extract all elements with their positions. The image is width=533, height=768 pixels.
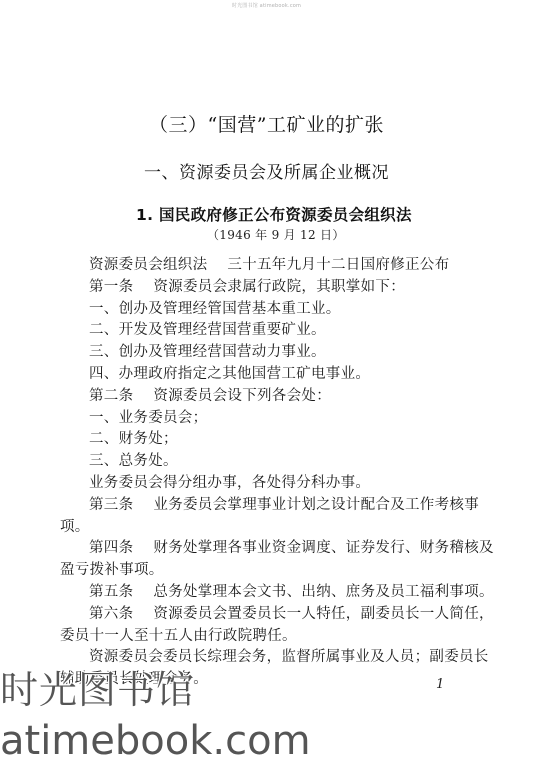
line-text: 三、总务处。 [89,453,178,469]
line-text: 二、财务处； [89,431,178,447]
body-line: 一、创办及管理经管国营基本重工业。 [60,299,470,321]
body-text: 资源委员会组织法三十五年九月十二日国府修正公布 第一条资源委员会隶属行政院，其职… [60,255,470,691]
body-line: 三、总务处。 [60,451,470,473]
document-heading: 1. 国民政府修正公布资源委员会组织法 [136,203,412,225]
line-text: 总务处掌理本会文书、出纳、庶务及员工福利事项。 [153,584,493,600]
body-line: 第二条资源委员会设下列各会处： [60,386,470,408]
document-date: （1946 年 9 月 12 日） [207,226,345,243]
line-text: 资源委员会委员长综理会务，监督所属事业及人员；副委员长 [89,649,489,665]
line-label: 资源委员会组织法 [89,257,207,273]
line-text: 盈亏拨补事项。 [60,562,164,578]
body-line: 第六条资源委员会置委员长一人特任，副委员长一人简任， [60,604,470,626]
body-line: 四、办理政府指定之其他国营工矿电事业。 [60,364,470,386]
article-label: 第四条 [89,540,133,556]
page-title: （三）“国营”工矿业的扩张 [0,110,533,137]
line-text: 资源委员会隶属行政院，其职掌如下： [153,279,405,295]
article-label: 第三条 [89,497,133,513]
article-label: 第一条 [89,279,133,295]
line-text: 四、办理政府指定之其他国营工矿电事业。 [89,366,370,382]
watermark-url: atimebook.com [0,716,311,766]
body-line: 业务委员会得分组办事，各处得分科办事。 [60,473,470,495]
line-text: 资源委员会设下列各会处： [153,388,331,404]
body-line: 三、创办及管理经营国营动力事业。 [60,342,470,364]
line-text: 一、业务委员会； [89,410,207,426]
section-subheading: 一、资源委员会及所属企业概况 [0,158,533,183]
body-line: 资源委员会委员长综理会务，监督所属事业及人员；副委员长 [60,647,470,669]
line-text: 三、创办及管理经营国营动力事业。 [89,344,326,360]
page-number: 1 [436,677,444,692]
body-line: 委员十一人至十五人由行政院聘任。 [60,626,470,648]
article-label: 第五条 [89,584,133,600]
line-text: 委员十一人至十五人由行政院聘任。 [60,628,297,644]
body-line: 第五条总务处掌理本会文书、出纳、庶务及员工福利事项。 [60,582,470,604]
body-line: 资源委员会组织法三十五年九月十二日国府修正公布 [60,255,470,277]
line-text: 业务委员会得分组办事，各处得分科办事。 [89,475,370,491]
top-watermark: 时光图书馆 atimebook.com [0,2,533,9]
line-text: 项。 [60,519,90,535]
line-text: 一、创办及管理经管国营基本重工业。 [89,301,341,317]
bottom-watermark: 时光图书馆 atimebook.com [0,668,311,766]
line-text: 资源委员会置委员长一人特任，副委员长一人简任， [153,606,493,622]
line-text: 二、开发及管理经营国营重要矿业。 [89,322,326,338]
body-line: 第一条资源委员会隶属行政院，其职掌如下： [60,277,470,299]
body-line: 第四条财务处掌理各事业资金调度、证券发行、财务稽核及 [60,538,470,560]
line-text: 业务委员会掌理事业计划之设计配合及工作考核事 [153,497,479,513]
body-line: 第三条业务委员会掌理事业计划之设计配合及工作考核事 [60,495,470,517]
body-line: 二、开发及管理经营国营重要矿业。 [60,320,470,342]
body-line: 一、业务委员会； [60,408,470,430]
line-text: 财务处掌理各事业资金调度、证券发行、财务稽核及 [153,540,493,556]
watermark-chinese: 时光图书馆 [0,668,311,712]
line-text: 三十五年九月十二日国府修正公布 [227,257,449,273]
body-line: 盈亏拨补事项。 [60,560,470,582]
article-label: 第六条 [89,606,133,622]
body-line: 二、财务处； [60,429,470,451]
body-line: 项。 [60,517,470,539]
article-label: 第二条 [89,388,133,404]
